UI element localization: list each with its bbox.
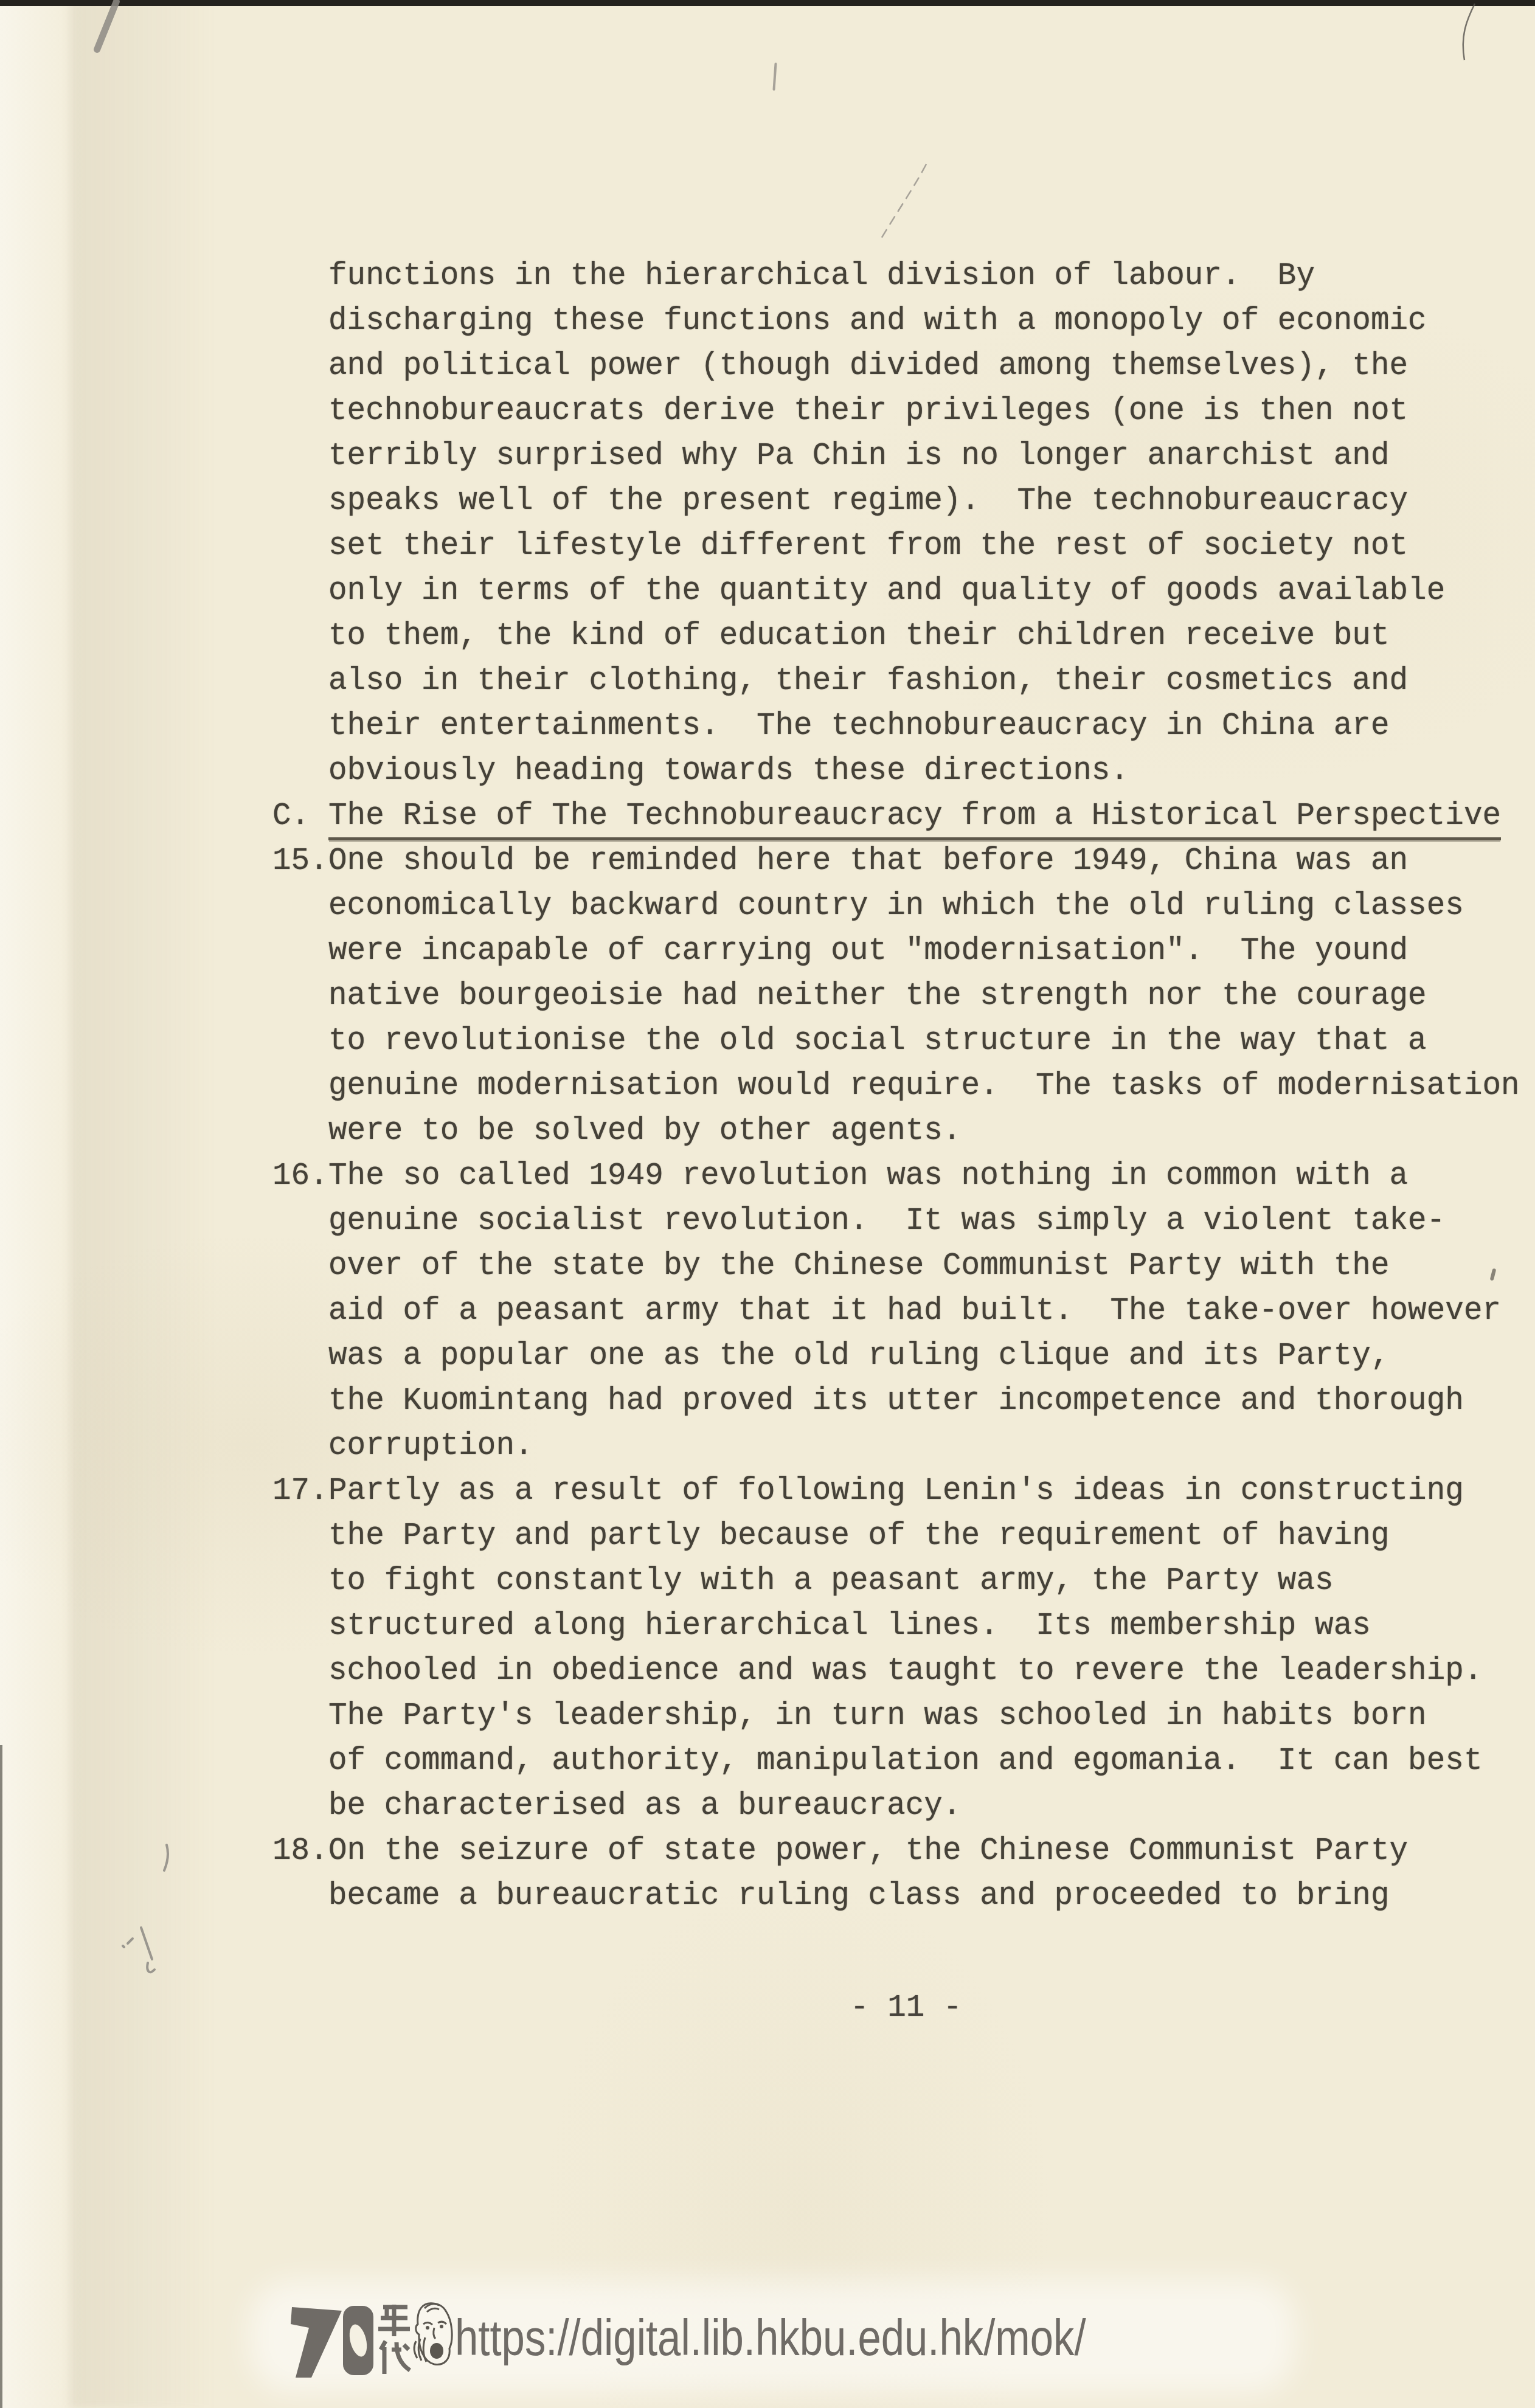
section-heading-text: The Rise of The Technobureaucracy from a… (328, 799, 1501, 840)
line-text: was a popular one as the old ruling cliq… (328, 1339, 1389, 1374)
scanned-document-page: functions in the hierarchical division o… (0, 0, 1535, 2408)
logo-dai-cjk-icon (381, 2341, 410, 2374)
line-text: economically backward country in which t… (328, 889, 1464, 924)
line-text: obviously heading towards these directio… (328, 754, 1129, 789)
line-text: One should be reminded here that before … (328, 844, 1408, 879)
text-line: set their lifestyle different from the r… (272, 524, 1520, 569)
paper-shade-band (70, 0, 216, 2408)
text-line: aid of a peasant army that it had built.… (272, 1289, 1520, 1334)
text-line: to revolutionise the old social structur… (272, 1019, 1520, 1064)
screaming-face-icon (414, 2303, 452, 2365)
line-text: schooled in obedience and was taught to … (328, 1654, 1483, 1689)
line-text: functions in the hierarchical division o… (328, 259, 1315, 294)
line-text: genuine modernisation would require. The… (328, 1069, 1520, 1104)
text-line: became a bureaucratic ruling class and p… (272, 1874, 1520, 1919)
text-line: 18.On the seizure of state power, the Ch… (272, 1829, 1520, 1874)
line-text: only in terms of the quantity and qualit… (328, 574, 1445, 609)
line-text: technobureaucrats derive their privilege… (328, 394, 1408, 429)
footer-watermark: https://digital.lib.hkbu.edu.hk/mok/ (0, 2268, 1535, 2408)
logo-digit-7-icon (291, 2307, 342, 2378)
text-line: speaks well of the present regime). The … (272, 479, 1520, 524)
line-label: 16. (272, 1154, 328, 1199)
page-number: - 11 - (850, 1986, 962, 2031)
line-text: were incapable of carrying out "modernis… (328, 934, 1408, 969)
text-line: schooled in obedience and was taught to … (272, 1649, 1520, 1694)
line-text: became a bureaucratic ruling class and p… (328, 1879, 1389, 1914)
line-text: genuine socialist revolution. It was sim… (328, 1204, 1445, 1239)
line-text: corruption. (328, 1429, 533, 1464)
typed-text-block: functions in the hierarchical division o… (272, 254, 1520, 1919)
line-text: to fight constantly with a peasant army,… (328, 1564, 1334, 1599)
text-line: 16.The so called 1949 revolution was not… (272, 1154, 1520, 1199)
scan-scratch-vertical (772, 63, 777, 91)
text-line: obviously heading towards these directio… (272, 749, 1520, 794)
line-text: structured along hierarchical lines. Its… (328, 1609, 1371, 1644)
line-text: terribly surprised why Pa Chin is no lon… (328, 439, 1389, 474)
text-line: was a popular one as the old ruling cliq… (272, 1334, 1520, 1379)
text-line: to them, the kind of education their chi… (272, 614, 1520, 659)
line-label: 17. (272, 1469, 328, 1514)
text-line: corruption. (272, 1424, 1520, 1469)
text-line: 17.Partly as a result of following Lenin… (272, 1469, 1520, 1514)
text-line: over of the state by the Chinese Communi… (272, 1244, 1520, 1289)
text-line: the Party and partly because of the requ… (272, 1514, 1520, 1559)
text-line: discharging these functions and with a m… (272, 299, 1520, 344)
scan-top-edge (0, 0, 1535, 6)
line-text: native bourgeoisie had neither the stren… (328, 979, 1427, 1014)
text-line: to fight constantly with a peasant army,… (272, 1559, 1520, 1604)
text-line: native bourgeoisie had neither the stren… (272, 974, 1520, 1019)
text-line: of command, authority, manipulation and … (272, 1739, 1520, 1784)
text-line: and political power (though divided amon… (272, 344, 1520, 389)
text-line: structured along hierarchical lines. Its… (272, 1604, 1520, 1649)
text-line: only in terms of the quantity and qualit… (272, 569, 1520, 614)
line-text: also in their clothing, their fashion, t… (328, 664, 1408, 699)
text-line: terribly surprised why Pa Chin is no lon… (272, 434, 1520, 479)
line-text: set their lifestyle different from the r… (328, 529, 1408, 564)
logo-nian-cjk-icon (378, 2305, 410, 2336)
line-text: Partly as a result of following Lenin's … (328, 1474, 1464, 1509)
text-line: 15.One should be reminded here that befo… (272, 839, 1520, 884)
text-line: economically backward country in which t… (272, 884, 1520, 929)
line-text: discharging these functions and with a m… (328, 304, 1427, 339)
footer-url: https://digital.lib.hkbu.edu.hk/mok/ (455, 2295, 1086, 2380)
line-text: be characterised as a bureaucracy. (328, 1789, 962, 1824)
text-line: were to be solved by other agents. (272, 1109, 1520, 1154)
scan-hair-curve (1455, 2, 1483, 63)
text-line: functions in the hierarchical division o… (272, 254, 1520, 299)
line-text: to revolutionise the old social structur… (328, 1024, 1427, 1059)
line-label: C. (272, 794, 328, 839)
line-label: 18. (272, 1829, 328, 1874)
text-line: their entertainments. The technobureaucr… (272, 704, 1520, 749)
text-line: were incapable of carrying out "modernis… (272, 929, 1520, 974)
text-line: C.The Rise of The Technobureaucracy from… (272, 794, 1520, 839)
line-label: 15. (272, 839, 328, 884)
text-line: be characterised as a bureaucracy. (272, 1784, 1520, 1829)
line-text: of command, authority, manipulation and … (328, 1744, 1483, 1779)
line-text: The so called 1949 revolution was nothin… (328, 1159, 1408, 1194)
text-line: genuine modernisation would require. The… (272, 1064, 1520, 1109)
line-text: aid of a peasant army that it had built.… (328, 1294, 1501, 1329)
line-text: The Party's leadership, in turn was scho… (328, 1699, 1427, 1734)
text-line: The Party's leadership, in turn was scho… (272, 1694, 1520, 1739)
line-text: were to be solved by other agents. (328, 1114, 962, 1149)
line-text: the Party and partly because of the requ… (328, 1519, 1389, 1554)
text-line: technobureaucrats derive their privilege… (272, 389, 1520, 434)
line-text: their entertainments. The technobureaucr… (328, 709, 1389, 744)
seventies-magazine-logo (291, 2300, 455, 2380)
line-text: On the seizure of state power, the Chine… (328, 1834, 1408, 1869)
text-line: also in their clothing, their fashion, t… (272, 659, 1520, 704)
scan-scratch-diagonal (878, 162, 929, 241)
line-text: to them, the kind of education their chi… (328, 619, 1389, 654)
line-text: speaks well of the present regime). The … (328, 484, 1408, 519)
logo-digit-0-icon (343, 2306, 373, 2375)
line-text: over of the state by the Chinese Communi… (328, 1249, 1389, 1284)
text-line: genuine socialist revolution. It was sim… (272, 1199, 1520, 1244)
line-text: and political power (though divided amon… (328, 349, 1408, 384)
line-text: the Kuomintang had proved its utter inco… (328, 1384, 1464, 1419)
text-line: the Kuomintang had proved its utter inco… (272, 1379, 1520, 1424)
